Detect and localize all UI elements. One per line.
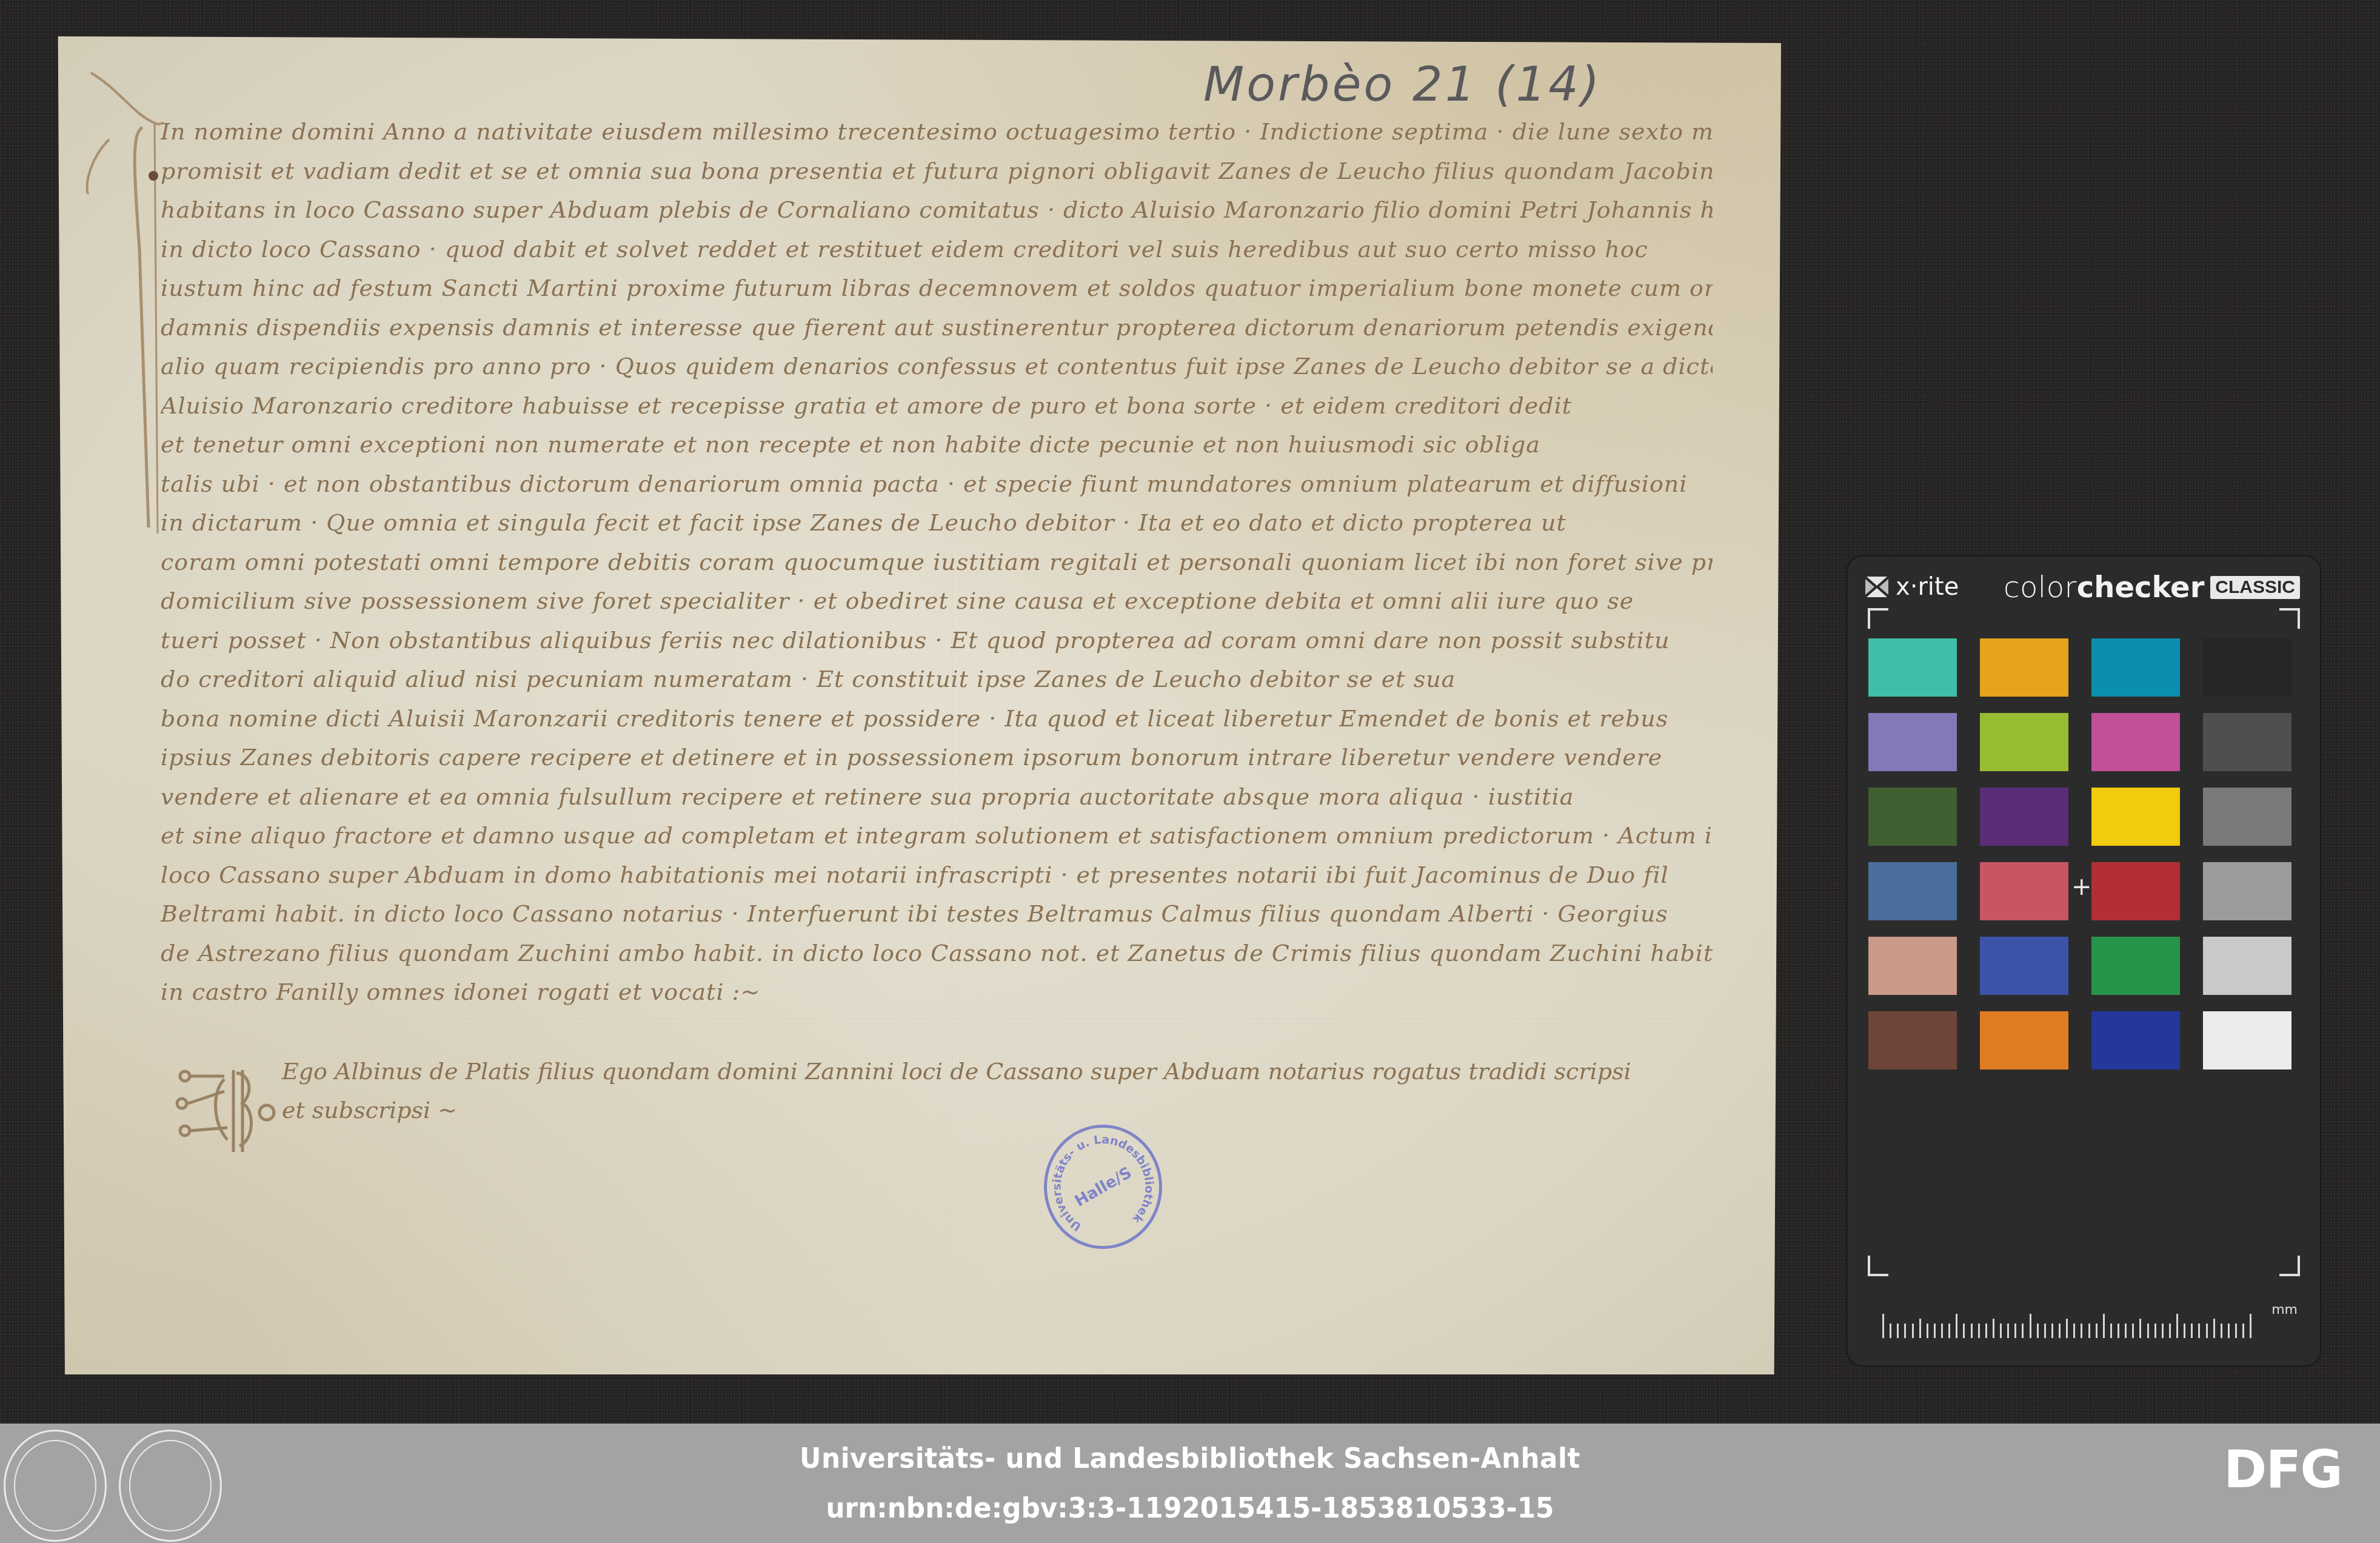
color-patch [1980, 713, 2068, 771]
color-patch [1868, 788, 1957, 846]
corner-mark-icon [2279, 608, 2300, 629]
color-patch [2203, 862, 2291, 920]
ruler-tick [2154, 1324, 2156, 1338]
color-checker-card: x·rite colorchecker CLASSIC + mm [1846, 555, 2322, 1367]
ruler-tick [1985, 1324, 1987, 1338]
color-patch [2091, 713, 2180, 771]
dfg-logo: DFG [2224, 1439, 2342, 1500]
classic-badge: CLASSIC [2210, 576, 2300, 599]
color-patch [2203, 1011, 2291, 1069]
text-line: vendere et alienare et ea omnia fulsullu… [161, 777, 1713, 817]
xrite-mark-icon [1864, 574, 1890, 600]
text-line: de Astrezano filius quondam Zuchini ambo… [161, 934, 1713, 973]
ruler-tick [1882, 1314, 1884, 1338]
ruler-tick [1993, 1319, 1994, 1338]
color-patch [1980, 937, 2068, 995]
ruler-tick [2118, 1324, 2119, 1338]
ruler-tick [2037, 1324, 2039, 1338]
decorated-initial-icon [85, 67, 164, 540]
ruler-tick [2162, 1324, 2164, 1338]
text-line: In nomine domini Anno a nativitate eiusd… [161, 112, 1713, 152]
color-patch [2203, 937, 2291, 995]
color-patch [1868, 713, 1957, 771]
ruler-tick [2184, 1324, 2185, 1338]
color-patch [2091, 1011, 2180, 1069]
ruler-tick [2000, 1324, 2002, 1338]
horizontal-fold-line [55, 1019, 1781, 1020]
text-line: in castro Fanilly omnes idonei rogati et… [161, 972, 1713, 1012]
color-patch [2091, 788, 2180, 846]
subscription-line: et subscripsi ~ [282, 1091, 1737, 1130]
notary-signum-icon [170, 1055, 291, 1158]
ruler-tick [2073, 1324, 2075, 1338]
ruler-tick [1927, 1324, 1928, 1338]
ruler-tick [1897, 1324, 1899, 1338]
ruler-tick [2044, 1324, 2046, 1338]
library-ownership-stamp: Universitäts- u. Landesbibliothek Halle/… [1044, 1125, 1162, 1249]
text-line: coram omni potestati omni tempore debiti… [161, 543, 1713, 582]
ruler-tick [2198, 1324, 2200, 1338]
text-line: et tenetur omni exceptioni non numerate … [161, 425, 1713, 464]
color-patch [2203, 638, 2291, 697]
text-line: domicilium sive possessionem sive foret … [161, 581, 1713, 621]
ruler-tick [2014, 1324, 2016, 1338]
text-line: habitans in loco Cassano super Abduam pl… [161, 190, 1713, 230]
ruler-tick [2132, 1324, 2134, 1338]
ruler-tick [2110, 1324, 2112, 1338]
title-bold: checker [2077, 571, 2205, 604]
ruler-tick [2051, 1324, 2053, 1338]
text-line: ipsius Zanes debitoris capere recipere e… [161, 738, 1713, 777]
text-line: promisit et vadiam dedit et se et omnia … [161, 152, 1713, 191]
ruler-tick [1971, 1324, 1973, 1338]
ruler-tick [2221, 1324, 2222, 1338]
corner-mark-icon [1868, 608, 1888, 629]
ruler-tick [1978, 1324, 1980, 1338]
text-line: et sine aliquo fractore et damno usque a… [161, 816, 1713, 855]
ruler-tick [2007, 1324, 2009, 1338]
text-line: damnis dispendiis expensis damnis et int… [161, 308, 1713, 347]
ruler-tick [2250, 1314, 2251, 1338]
colorchecker-title: colorchecker CLASSIC [2004, 571, 2300, 604]
color-patch [1868, 1011, 1957, 1069]
text-line: tueri posset · Non obstantibus aliquibus… [161, 621, 1713, 660]
xrite-logo: x·rite [1864, 573, 1959, 601]
ruler-tick [1919, 1319, 1921, 1338]
ruler-tick [2176, 1314, 2178, 1338]
text-line: bona nomine dicti Aluisii Maronzarii cre… [161, 699, 1713, 738]
ruler-tick [2081, 1324, 2082, 1338]
color-patch [2091, 937, 2180, 995]
ruler-tick [1956, 1314, 1957, 1338]
charter-text-body: In nomine domini Anno a nativitate eiusd… [161, 112, 1713, 1012]
text-line: in dictarum · Que omnia et singula fecit… [161, 503, 1713, 543]
ruler-tick [1890, 1324, 1891, 1338]
corner-mark-icon [1868, 1256, 1888, 1276]
ruler-tick [1904, 1324, 1906, 1338]
color-patch [2091, 862, 2180, 920]
title-light: color [2004, 571, 2077, 604]
text-line: in dicto loco Cassano · quod dabit et so… [161, 230, 1713, 269]
corner-mark-icon [2279, 1256, 2300, 1276]
notary-subscription: Ego Albinus de Platis filius quondam dom… [282, 1052, 1737, 1130]
ruler-tick [2059, 1324, 2061, 1338]
mm-ruler [1882, 1313, 2252, 1338]
ruler-tick [2206, 1324, 2208, 1338]
ruler-tick [2030, 1314, 2031, 1338]
color-patch [1868, 638, 1957, 697]
xrite-brand-text: x·rite [1896, 573, 1959, 601]
urn-identifier: urn:nbn:de:gbv:3:3-1192015415-1853810533… [83, 1491, 2296, 1525]
text-line: iustum hinc ad festum Sancti Martini pro… [161, 269, 1713, 308]
color-patch [2091, 638, 2180, 697]
ruler-unit-label: mm [2271, 1302, 2298, 1317]
color-patch [2203, 713, 2291, 771]
ruler-tick [2139, 1319, 2141, 1338]
ruler-tick [2242, 1324, 2244, 1338]
ruler-tick [2213, 1319, 2215, 1338]
ruler-tick [2103, 1314, 2105, 1338]
text-line: Beltrami habit. in dicto loco Cassano no… [161, 894, 1713, 934]
institution-name: Universitäts- und Landesbibliothek Sachs… [83, 1442, 2296, 1475]
ruler-tick [1912, 1324, 1914, 1338]
text-line: do creditori aliquid aliud nisi pecuniam… [161, 660, 1713, 699]
crosshair-icon: + [2071, 875, 2092, 899]
text-line: talis ubi · et non obstantibus dictorum … [161, 464, 1713, 504]
shelfmark-pencil-note: Morbèo 21 (14) [1203, 58, 1602, 112]
color-patch [1980, 1011, 2068, 1069]
ruler-tick [1963, 1324, 1965, 1338]
text-line: Aluisio Maronzario creditore habuisse et… [161, 386, 1713, 426]
color-patch [2203, 788, 2291, 846]
ruler-tick [1941, 1324, 1943, 1338]
ruler-tick [2022, 1324, 2024, 1338]
text-line: alio quam recipiendis pro anno pro · Quo… [161, 347, 1713, 386]
text-line: loco Cassano super Abduam in domo habita… [161, 855, 1713, 895]
color-patch [1980, 862, 2068, 920]
subscription-line: Ego Albinus de Platis filius quondam dom… [282, 1052, 1737, 1091]
ruler-tick [2066, 1319, 2068, 1338]
color-patch [1980, 788, 2068, 846]
ruler-tick [2169, 1324, 2171, 1338]
ruler-tick [2125, 1324, 2127, 1338]
ruler-tick [2147, 1324, 2149, 1338]
color-patch [1980, 638, 2068, 697]
ruler-tick [1948, 1324, 1950, 1338]
ruler-tick [2096, 1324, 2098, 1338]
footer-banner: Universitäts- und Landesbibliothek Sachs… [0, 1424, 2380, 1543]
ruler-tick [1934, 1324, 1936, 1338]
ruler-tick [2228, 1324, 2230, 1338]
ruler-tick [2235, 1324, 2237, 1338]
ruler-tick [2088, 1324, 2090, 1338]
color-patch-grid [1868, 638, 2291, 1069]
color-patch [1868, 862, 1957, 920]
ruler-tick [2191, 1324, 2193, 1338]
color-patch [1868, 937, 1957, 995]
